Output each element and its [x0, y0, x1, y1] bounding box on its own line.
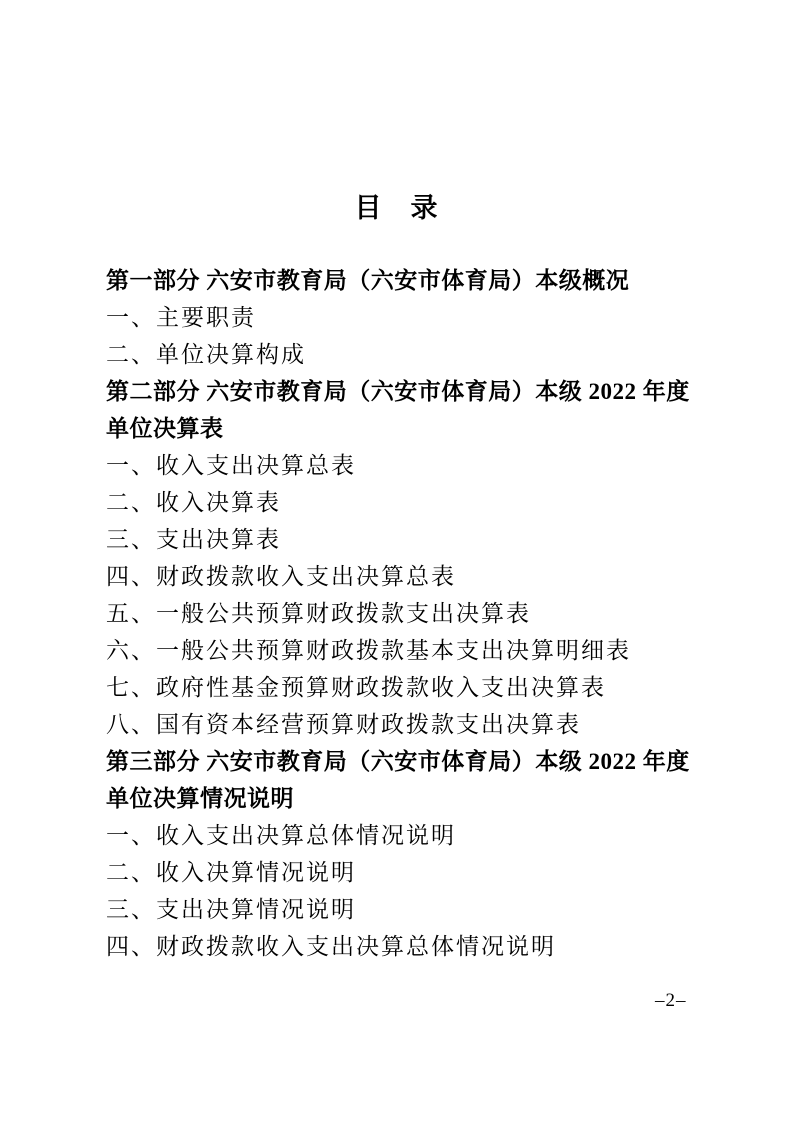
toc-item: 五、一般公共预算财政拨款支出决算表	[106, 595, 766, 632]
toc-heading: 第一部分 六安市教育局（六安市体育局）本级概况	[106, 262, 766, 299]
page-title: 目 录	[0, 186, 793, 225]
toc-item: 二、单位决算构成	[106, 336, 766, 373]
toc-item: 八、国有资本经营预算财政拨款支出决算表	[106, 706, 766, 743]
toc-item: 四、财政拨款收入支出决算总体情况说明	[106, 928, 766, 965]
toc-heading: 第二部分 六安市教育局（六安市体育局）本级 2022 年度	[106, 373, 766, 410]
toc-item: 一、主要职责	[106, 299, 766, 336]
toc-item: 一、收入支出决算总体情况说明	[106, 817, 766, 854]
toc-heading: 第三部分 六安市教育局（六安市体育局）本级 2022 年度	[106, 743, 766, 780]
page-number: –2–	[655, 990, 687, 1012]
toc-item: 一、收入支出决算总表	[106, 447, 766, 484]
toc-item: 七、政府性基金预算财政拨款收入支出决算表	[106, 669, 766, 706]
toc-item: 三、支出决算表	[106, 521, 766, 558]
toc-heading: 单位决算情况说明	[106, 780, 766, 817]
toc-item: 三、支出决算情况说明	[106, 891, 766, 928]
toc-list: 第一部分 六安市教育局（六安市体育局）本级概况一、主要职责二、单位决算构成第二部…	[106, 262, 766, 965]
toc-heading: 单位决算表	[106, 410, 766, 447]
toc-item: 二、收入决算情况说明	[106, 854, 766, 891]
document-page: 目 录 第一部分 六安市教育局（六安市体育局）本级概况一、主要职责二、单位决算构…	[0, 0, 793, 1122]
toc-item: 二、收入决算表	[106, 484, 766, 521]
toc-item: 四、财政拨款收入支出决算总表	[106, 558, 766, 595]
toc-item: 六、一般公共预算财政拨款基本支出决算明细表	[106, 632, 766, 669]
